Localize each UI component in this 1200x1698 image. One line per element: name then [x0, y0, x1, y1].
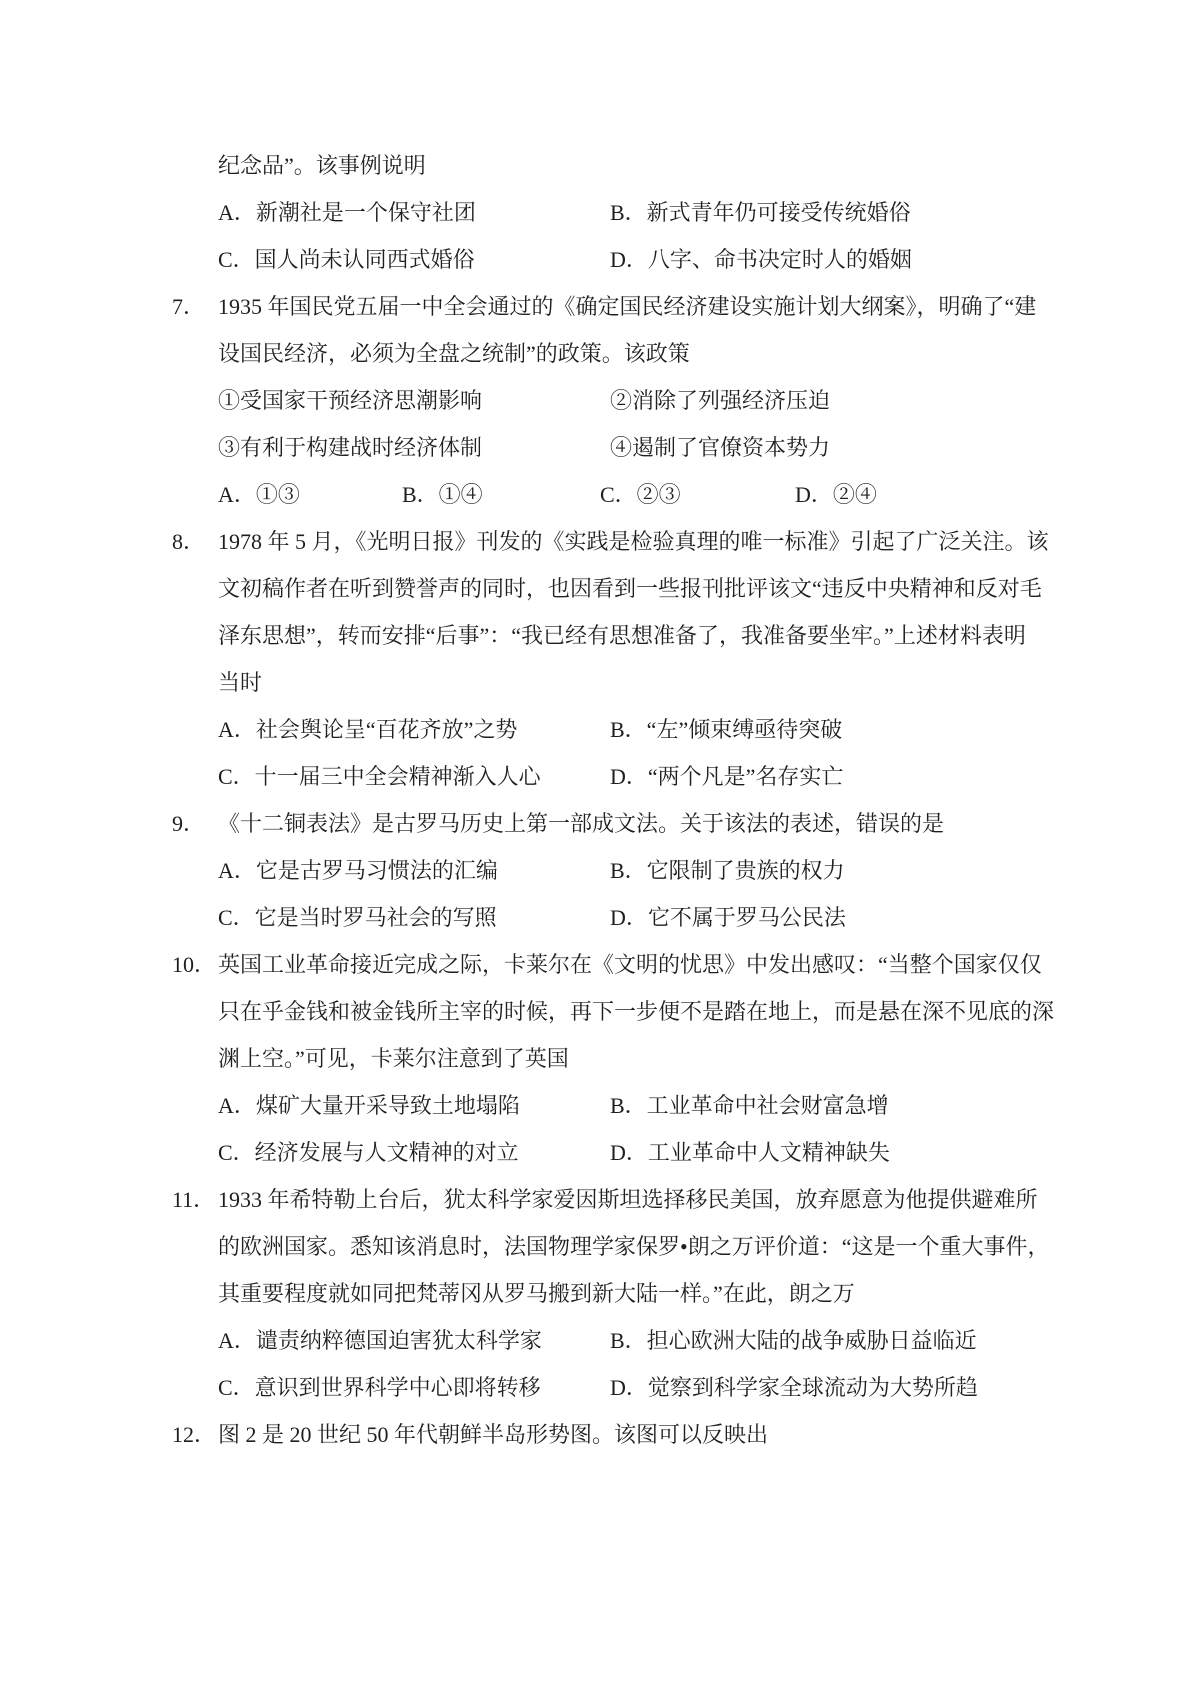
stem-text: 其重要程度就如同把梵蒂冈从罗马搬到新大陆一样。”在此，朗之万 — [218, 1270, 855, 1317]
question: 纪念品”。该事例说明A．新潮社是一个保守社团B．新式青年仍可接受传统婚俗C．国人… — [0, 142, 1200, 283]
option-row: A．它是古罗马习惯法的汇编B．它限制了贵族的权力 — [0, 847, 1200, 894]
question: 11．1933 年希特勒上台后，犹太科学家爱因斯坦选择移民美国，放弃愿意为他提供… — [0, 1176, 1200, 1411]
stem-line: 文初稿作者在听到赞誉声的同时，也因看到一些报刊批评该文“违反中央精神和反对毛 — [0, 565, 1200, 612]
stem-line: 渊上空。”可见，卡莱尔注意到了英国 — [0, 1035, 1200, 1082]
exam-page: 纪念品”。该事例说明A．新潮社是一个保守社团B．新式青年仍可接受传统婚俗C．国人… — [0, 0, 1200, 1698]
option: C．它是当时罗马社会的写照 — [218, 894, 497, 941]
stem-text: 当时 — [218, 659, 262, 706]
stem-line: 泽东思想”，转而安排“后事”：“我已经有思想准备了，我准备要坐牢。”上述材料表明 — [0, 612, 1200, 659]
stem-line: 的欧洲国家。悉知该消息时，法国物理学家保罗•朗之万评价道：“这是一个重大事件， — [0, 1223, 1200, 1270]
stem-line: 12．图 2 是 20 世纪 50 年代朝鲜半岛形势图。该图可以反映出 — [0, 1411, 1200, 1458]
stem-line: 11．1933 年希特勒上台后，犹太科学家爱因斯坦选择移民美国，放弃愿意为他提供… — [0, 1176, 1200, 1223]
question-number: 12． — [172, 1411, 216, 1458]
stem-text: 1933 年希特勒上台后，犹太科学家爱因斯坦选择移民美国，放弃愿意为他提供避难所 — [218, 1176, 1038, 1223]
statement-row: ③有利于构建战时经济体制④遏制了官僚资本势力 — [0, 424, 1200, 471]
question-number: 11． — [172, 1176, 215, 1223]
statement-item: ①受国家干预经济思潮影响 — [218, 377, 482, 424]
stem-text: 的欧洲国家。悉知该消息时，法国物理学家保罗•朗之万评价道：“这是一个重大事件， — [218, 1223, 1049, 1270]
option: A．社会舆论呈“百花齐放”之势 — [218, 706, 517, 753]
option: D．它不属于罗马公民法 — [610, 894, 846, 941]
option: D．八字、命书决定时人的婚姻 — [610, 236, 912, 283]
option: A．它是古罗马习惯法的汇编 — [218, 847, 498, 894]
option: C．十一届三中全会精神渐入人心 — [218, 753, 541, 800]
statement-item: ④遏制了官僚资本势力 — [610, 424, 830, 471]
stem-text: 只在乎金钱和被金钱所主宰的时候，再下一步便不是踏在地上，而是悬在深不见底的深 — [218, 988, 1054, 1035]
answer-choice: A．①③ — [218, 471, 300, 518]
option-row: C．国人尚未认同西式婚俗D．八字、命书决定时人的婚姻 — [0, 236, 1200, 283]
option-row: A．社会舆论呈“百花齐放”之势B．“左”倾束缚亟待突破 — [0, 706, 1200, 753]
stem-text: 《十二铜表法》是古罗马历史上第一部成文法。关于该法的表述，错误的是 — [218, 800, 944, 847]
stem-text: 设国民经济，必须为全盘之统制”的政策。该政策 — [218, 330, 690, 377]
stem-line: 9．《十二铜表法》是古罗马历史上第一部成文法。关于该法的表述，错误的是 — [0, 800, 1200, 847]
stem-line: 7．1935 年国民党五届一中全会通过的《确定国民经济建设实施计划大纲案》，明确… — [0, 283, 1200, 330]
question: 9．《十二铜表法》是古罗马历史上第一部成文法。关于该法的表述，错误的是A．它是古… — [0, 800, 1200, 941]
option-row: C．十一届三中全会精神渐入人心D．“两个凡是”名存实亡 — [0, 753, 1200, 800]
stem-text: 渊上空。”可见，卡莱尔注意到了英国 — [218, 1035, 569, 1082]
option: A．谴责纳粹德国迫害犹太科学家 — [218, 1317, 542, 1364]
question-number: 7． — [172, 283, 205, 330]
stem-text: 1935 年国民党五届一中全会通过的《确定国民经济建设实施计划大纲案》，明确了“… — [218, 283, 1036, 330]
option: A．新潮社是一个保守社团 — [218, 189, 476, 236]
option: B．它限制了贵族的权力 — [610, 847, 845, 894]
option: C．国人尚未认同西式婚俗 — [218, 236, 475, 283]
question: 7．1935 年国民党五届一中全会通过的《确定国民经济建设实施计划大纲案》，明确… — [0, 283, 1200, 518]
option-row: A．煤矿大量开采导致土地塌陷B．工业革命中社会财富急增 — [0, 1082, 1200, 1129]
option-row: C．经济发展与人文精神的对立D．工业革命中人文精神缺失 — [0, 1129, 1200, 1176]
answer-choice: C．②③ — [600, 471, 681, 518]
option: D．工业革命中人文精神缺失 — [610, 1129, 890, 1176]
option-row: C．它是当时罗马社会的写照D．它不属于罗马公民法 — [0, 894, 1200, 941]
option: D．“两个凡是”名存实亡 — [610, 753, 843, 800]
statement-row: ①受国家干预经济思潮影响②消除了列强经济压迫 — [0, 377, 1200, 424]
stem-line: 其重要程度就如同把梵蒂冈从罗马搬到新大陆一样。”在此，朗之万 — [0, 1270, 1200, 1317]
option-row: C．意识到世界科学中心即将转移D．觉察到科学家全球流动为大势所趋 — [0, 1364, 1200, 1411]
stem-line: 只在乎金钱和被金钱所主宰的时候，再下一步便不是踏在地上，而是悬在深不见底的深 — [0, 988, 1200, 1035]
option-row: A．谴责纳粹德国迫害犹太科学家B．担心欧洲大陆的战争威胁日益临近 — [0, 1317, 1200, 1364]
question-number: 9． — [172, 800, 205, 847]
stem-text: 纪念品”。该事例说明 — [218, 142, 426, 189]
option: B．“左”倾束缚亟待突破 — [610, 706, 842, 753]
stem-line: 10．英国工业革命接近完成之际，卡莱尔在《文明的忧思》中发出感叹：“当整个国家仅… — [0, 941, 1200, 988]
question-number: 8． — [172, 518, 205, 565]
statement-item: ②消除了列强经济压迫 — [610, 377, 830, 424]
stem-text: 1978 年 5 月，《光明日报》刊发的《实践是检验真理的唯一标准》引起了广泛关… — [218, 518, 1049, 565]
stem-line: 8．1978 年 5 月，《光明日报》刊发的《实践是检验真理的唯一标准》引起了广… — [0, 518, 1200, 565]
stem-text: 英国工业革命接近完成之际，卡莱尔在《文明的忧思》中发出感叹：“当整个国家仅仅 — [218, 941, 1042, 988]
question-number: 10． — [172, 941, 216, 988]
question: 10．英国工业革命接近完成之际，卡莱尔在《文明的忧思》中发出感叹：“当整个国家仅… — [0, 941, 1200, 1176]
answer-choice: D．②④ — [795, 471, 877, 518]
option-row: A．新潮社是一个保守社团B．新式青年仍可接受传统婚俗 — [0, 189, 1200, 236]
option: D．觉察到科学家全球流动为大势所趋 — [610, 1364, 978, 1411]
stem-line: 设国民经济，必须为全盘之统制”的政策。该政策 — [0, 330, 1200, 377]
exam-document: 纪念品”。该事例说明A．新潮社是一个保守社团B．新式青年仍可接受传统婚俗C．国人… — [0, 0, 1200, 1458]
stem-line: 当时 — [0, 659, 1200, 706]
option: B．工业革命中社会财富急增 — [610, 1082, 889, 1129]
option: B．担心欧洲大陆的战争威胁日益临近 — [610, 1317, 977, 1364]
answer-choice: B．①④ — [402, 471, 483, 518]
stem-text: 文初稿作者在听到赞誉声的同时，也因看到一些报刊批评该文“违反中央精神和反对毛 — [218, 565, 1042, 612]
option: C．经济发展与人文精神的对立 — [218, 1129, 519, 1176]
answer-choices-row: A．①③B．①④C．②③D．②④ — [0, 471, 1200, 518]
option: A．煤矿大量开采导致土地塌陷 — [218, 1082, 520, 1129]
question: 12．图 2 是 20 世纪 50 年代朝鲜半岛形势图。该图可以反映出 — [0, 1411, 1200, 1458]
question: 8．1978 年 5 月，《光明日报》刊发的《实践是检验真理的唯一标准》引起了广… — [0, 518, 1200, 800]
stem-text: 泽东思想”，转而安排“后事”：“我已经有思想准备了，我准备要坐牢。”上述材料表明 — [218, 612, 1026, 659]
option: B．新式青年仍可接受传统婚俗 — [610, 189, 911, 236]
stem-line: 纪念品”。该事例说明 — [0, 142, 1200, 189]
option: C．意识到世界科学中心即将转移 — [218, 1364, 541, 1411]
statement-item: ③有利于构建战时经济体制 — [218, 424, 482, 471]
stem-text: 图 2 是 20 世纪 50 年代朝鲜半岛形势图。该图可以反映出 — [218, 1411, 768, 1458]
